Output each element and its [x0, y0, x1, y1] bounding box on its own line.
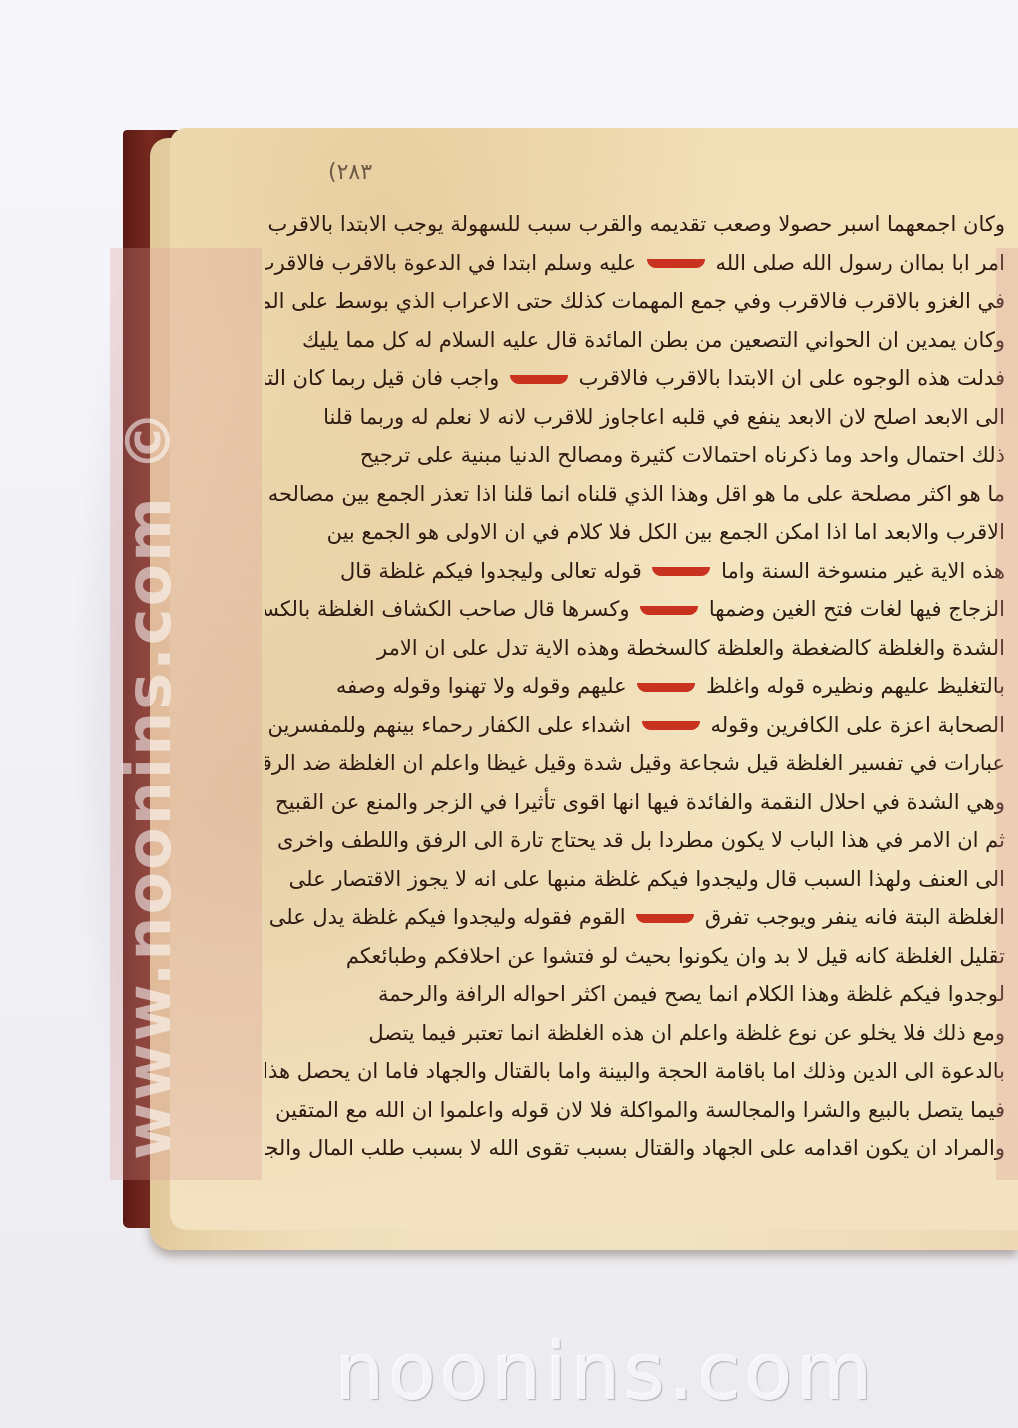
line-text: والمراد ان يكون اقدامه على الجهاد والقتا…	[265, 1136, 1005, 1160]
line-text: الى الابعد اصلح لان الابعد ينفع في قلبه …	[323, 405, 1005, 429]
line-text: ذلك احتمال واحد وما ذكرناه احتمالات كثير…	[360, 443, 1005, 467]
line-text: ثم ان الامر في هذا الباب لا يكون مطردا ب…	[277, 828, 1005, 852]
line-text: بالدعوة الى الدين وذلك اما باقامة الحجة …	[265, 1059, 1005, 1083]
manuscript-line: ذلك احتمال واحد وما ذكرناه احتمالات كثير…	[265, 436, 1005, 475]
manuscript-line: في الغزو بالاقرب فالاقرب وفي جمع المهمات…	[265, 282, 1005, 321]
rubric-mark	[637, 683, 695, 692]
rubric-mark	[640, 606, 698, 615]
line-text: في الغزو بالاقرب فالاقرب وفي جمع المهمات…	[265, 289, 1005, 313]
line-text: وكان يمدين ان الحواني التصعين من بطن الم…	[302, 328, 1005, 352]
manuscript-line: امر ابا بماان رسول الله صلى الله عليه وس…	[265, 244, 1005, 283]
manuscript-line: فدلت هذه الوجوه على ان الابتدا بالاقرب ف…	[265, 359, 1005, 398]
rubric-mark	[510, 375, 568, 384]
manuscript-line: الى الابعد اصلح لان الابعد ينفع في قلبه …	[265, 398, 1005, 437]
manuscript-line: ثم ان الامر في هذا الباب لا يكون مطردا ب…	[265, 821, 1005, 860]
line-text: قوله تعالى وليجدوا فيكم غلظة قال	[340, 559, 648, 583]
line-text: ومع ذلك فلا يخلو عن نوع غلظة واعلم ان هذ…	[368, 1021, 1005, 1045]
line-text: اشداء على الكفار رحماء بينهم وللمفسرين	[267, 713, 637, 737]
line-text: القوم فقوله وليجدوا فيكم غلظة يدل على	[269, 905, 633, 929]
rubric-mark	[652, 567, 710, 576]
manuscript-line: وكان اجمعهما اسبر حصولا وصعب تقديمه والق…	[265, 205, 1005, 244]
manuscript-line: بالتغليظ عليهم ونظيره قوله واغلظ عليهم و…	[265, 667, 1005, 706]
line-text: امر ابا بماان رسول الله صلى الله	[709, 251, 1005, 275]
manuscript-line: والمراد ان يكون اقدامه على الجهاد والقتا…	[265, 1129, 1005, 1168]
manuscript-line: الى العنف ولهذا السبب قال وليجدوا فيكم غ…	[265, 860, 1005, 899]
line-text: لوجدوا فيكم غلظة وهذا الكلام انما يصح في…	[378, 982, 1005, 1006]
line-text: الشدة والغلظة كالضغطة والعلظة كالسخطة وه…	[377, 636, 1005, 660]
line-text: هذه الاية غير منسوخة السنة واما	[714, 559, 1005, 583]
watermark-vertical: www.noonins.com ©	[112, 408, 185, 1160]
manuscript-line: وهي الشدة في احلال النقمة والفائدة فيها …	[265, 783, 1005, 822]
line-text: فدلت هذه الوجوه على ان الابتدا بالاقرب ف…	[572, 366, 1005, 390]
watermark-bottom: noonins.com	[335, 1328, 876, 1418]
line-text: الى العنف ولهذا السبب قال وليجدوا فيكم غ…	[289, 867, 1005, 891]
manuscript-line: الاقرب والابعد اما اذا امكن الجمع بين ال…	[265, 513, 1005, 552]
manuscript-text-block: وكان اجمعهما اسبر حصولا وصعب تقديمه والق…	[265, 205, 1005, 1168]
manuscript-line: ما هو اكثر مصلحة على ما هو اقل وهذا الذي…	[265, 475, 1005, 514]
line-text: عليهم وقوله ولا تهنوا وقوله وصفه	[336, 674, 633, 698]
line-text: عليه وسلم ابتدا في الدعوة بالاقرب فالاقر…	[265, 251, 643, 275]
line-text: ما هو اكثر مصلحة على ما هو اقل وهذا الذي…	[268, 482, 1005, 506]
manuscript-line: بالدعوة الى الدين وذلك اما باقامة الحجة …	[265, 1052, 1005, 1091]
manuscript-line: وكان يمدين ان الحواني التصعين من بطن الم…	[265, 321, 1005, 360]
line-text: الزجاج فيها لغات فتح الغين وضمها	[702, 597, 1005, 621]
rubric-mark	[647, 259, 705, 268]
rubric-mark	[642, 721, 700, 730]
line-text: وكان اجمعهما اسبر حصولا وصعب تقديمه والق…	[268, 212, 1005, 236]
manuscript-line: فيما يتصل بالبيع والشرا والمجالسة والموا…	[265, 1091, 1005, 1130]
line-text: عبارات في تفسير الغلظة قيل شجاعة وقيل شد…	[265, 751, 1005, 775]
line-text: الغلظة البتة فانه ينفر ويوجب تفرق	[698, 905, 1005, 929]
line-text: الصحابة اعزة على الكافرين وقوله	[704, 713, 1005, 737]
manuscript-line: هذه الاية غير منسوخة السنة واما قوله تعا…	[265, 552, 1005, 591]
manuscript-line: لوجدوا فيكم غلظة وهذا الكلام انما يصح في…	[265, 975, 1005, 1014]
manuscript-line: الشدة والغلظة كالضغطة والعلظة كالسخطة وه…	[265, 629, 1005, 668]
line-text: وهي الشدة في احلال النقمة والفائدة فيها …	[275, 790, 1005, 814]
line-text: الاقرب والابعد اما اذا امكن الجمع بين ال…	[327, 520, 1005, 544]
folio-number: (٢٨٣	[328, 160, 372, 185]
line-text: تقليل الغلظة كانه قيل لا بد وان يكونوا ب…	[346, 944, 1005, 968]
line-text: بالتغليظ عليهم ونظيره قوله واغلظ	[699, 674, 1005, 698]
manuscript-line: تقليل الغلظة كانه قيل لا بد وان يكونوا ب…	[265, 937, 1005, 976]
manuscript-line: الصحابة اعزة على الكافرين وقوله اشداء عل…	[265, 706, 1005, 745]
line-text: وكسرها قال صاحب الكشاف الغلظة بالكسر	[265, 597, 636, 621]
manuscript-line: عبارات في تفسير الغلظة قيل شجاعة وقيل شد…	[265, 744, 1005, 783]
rubric-mark	[636, 914, 694, 923]
manuscript-line: الزجاج فيها لغات فتح الغين وضمها وكسرها …	[265, 590, 1005, 629]
line-text: واجب فان قيل ربما كان التخطي من الاقرب	[265, 366, 506, 390]
manuscript-line: ومع ذلك فلا يخلو عن نوع غلظة واعلم ان هذ…	[265, 1014, 1005, 1053]
watermark-band-right	[996, 248, 1018, 1180]
manuscript-line: الغلظة البتة فانه ينفر ويوجب تفرق القوم …	[265, 898, 1005, 937]
line-text: فيما يتصل بالبيع والشرا والمجالسة والموا…	[275, 1098, 1005, 1122]
